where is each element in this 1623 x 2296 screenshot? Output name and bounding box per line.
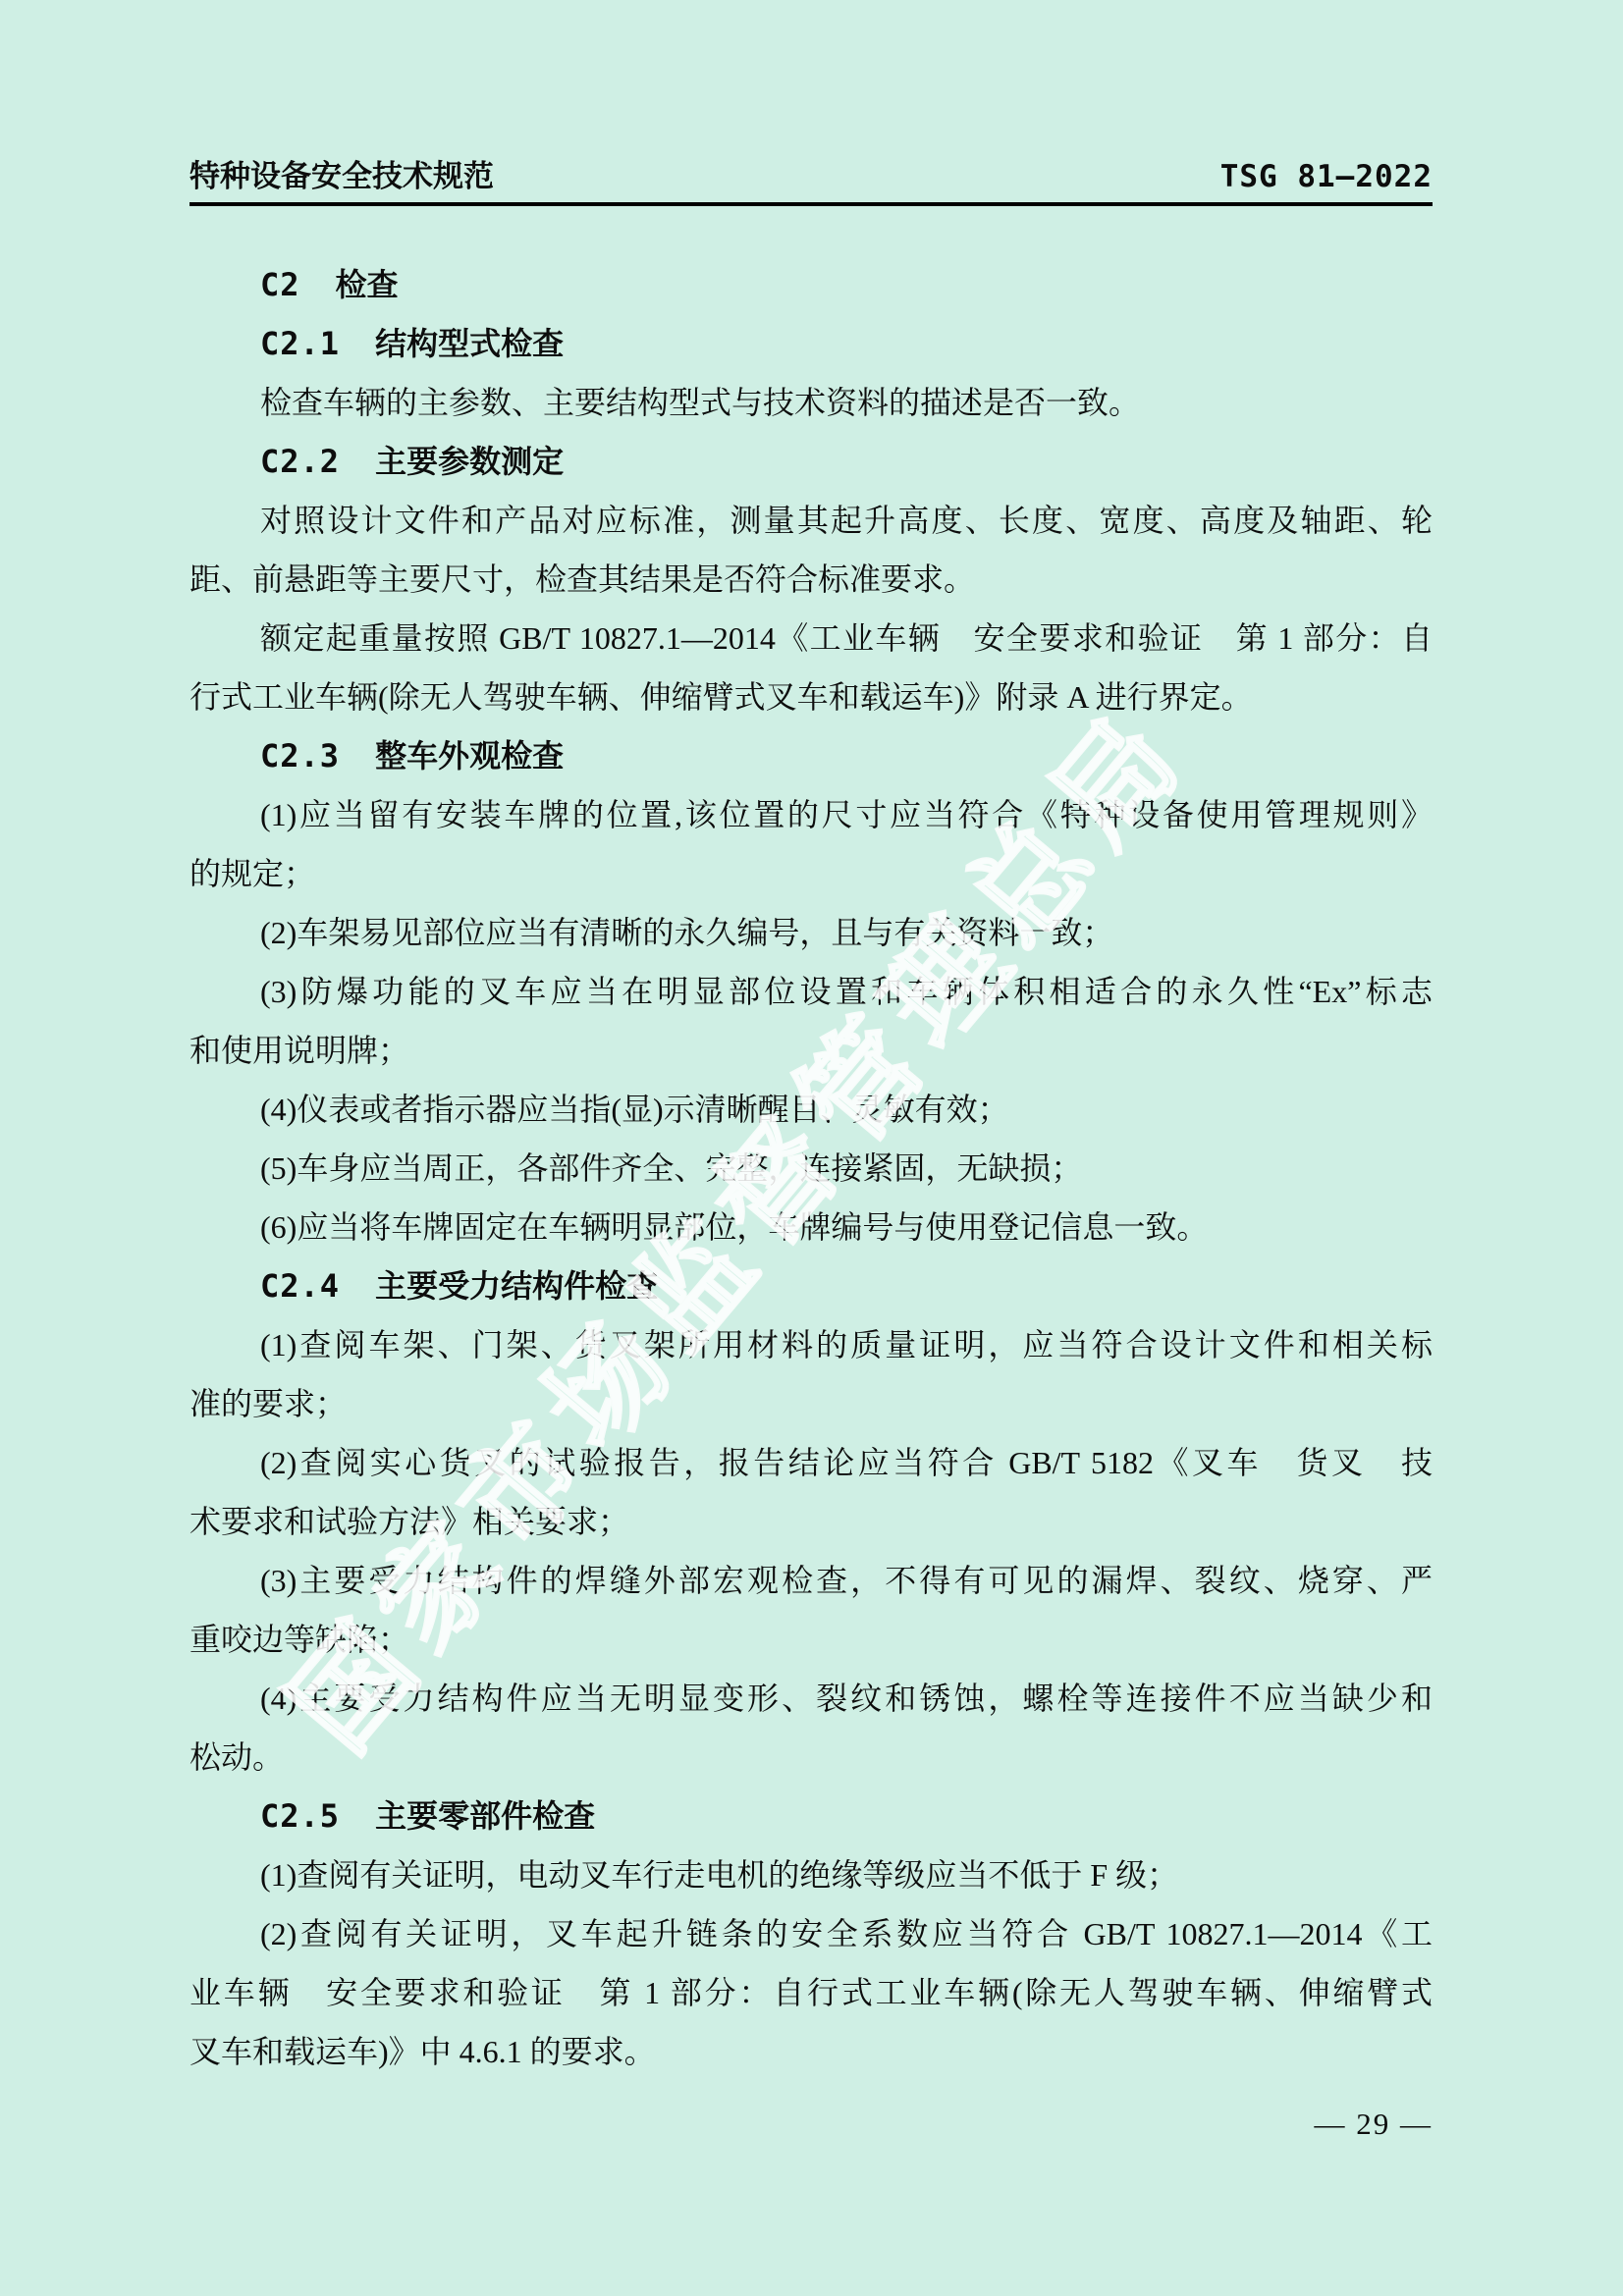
page-number: — 29 —: [1315, 2107, 1434, 2142]
section-heading: C2.2主要参数测定: [189, 432, 1433, 491]
section-heading: C2.1结构型式检查: [189, 314, 1433, 373]
paragraph-line: (2)车架易见部位应当有清晰的永久编号，且与有关资料一致；: [189, 903, 1433, 962]
paragraph-line: (4)仪表或者指示器应当指(显)示清晰醒目、灵敏有效；: [189, 1080, 1433, 1139]
paragraph-line: 和使用说明牌；: [189, 1021, 1433, 1080]
paragraph-line: 的规定；: [189, 844, 1433, 903]
paragraph-line: 额定起重量按照 GB/T 10827.1—2014《工业车辆 安全要求和验证 第…: [189, 609, 1433, 667]
paragraph-line: 准的要求；: [189, 1374, 1433, 1433]
paragraph-line: 检查车辆的主参数、主要结构型式与技术资料的描述是否一致。: [189, 373, 1433, 432]
paragraph-line: 叉车和载运车)》中 4.6.1 的要求。: [189, 2022, 1433, 2081]
heading-title: 主要受力结构件检查: [375, 1268, 658, 1304]
heading-title: 结构型式检查: [375, 326, 564, 361]
section-heading: C2.3整车外观检查: [189, 726, 1433, 785]
heading-number: C2: [260, 266, 300, 303]
section-heading: C2检查: [189, 255, 1433, 314]
heading-title: 主要零部件检查: [375, 1798, 595, 1834]
paragraph-line: 术要求和试验方法》相关要求；: [189, 1492, 1433, 1551]
heading-title: 整车外观检查: [375, 738, 564, 774]
heading-number: C2.2: [260, 443, 340, 480]
header-right-doc-number: TSG 81—2022: [1220, 160, 1433, 193]
paragraph-line: (6)应当将车牌固定在车辆明显部位，车牌编号与使用登记信息一致。: [189, 1198, 1433, 1256]
page-body: 特种设备安全技术规范 TSG 81—2022 C2检查C2.1结构型式检查检查车…: [0, 0, 1623, 2081]
heading-number: C2.1: [260, 325, 340, 362]
content: C2检查C2.1结构型式检查检查车辆的主参数、主要结构型式与技术资料的描述是否一…: [189, 255, 1433, 2081]
paragraph-line: (1)查阅有关证明，电动叉车行走电机的绝缘等级应当不低于 F 级；: [189, 1845, 1433, 1904]
paragraph-line: (2)查阅有关证明，叉车起升链条的安全系数应当符合 GB/T 10827.1—2…: [189, 1904, 1433, 1963]
heading-number: C2.3: [260, 737, 340, 774]
heading-number: C2.5: [260, 1797, 340, 1835]
paragraph-line: 对照设计文件和产品对应标准，测量其起升高度、长度、宽度、高度及轴距、轮: [189, 491, 1433, 550]
paragraph-line: (2)查阅实心货叉的试验报告，报告结论应当符合 GB/T 5182《叉车 货叉 …: [189, 1433, 1433, 1492]
heading-title: 主要参数测定: [375, 444, 564, 479]
paragraph-line: 距、前悬距等主要尺寸，检查其结果是否符合标准要求。: [189, 550, 1433, 609]
heading-number: C2.4: [260, 1267, 340, 1305]
paragraph-line: (5)车身应当周正，各部件齐全、完整，连接紧固，无缺损；: [189, 1139, 1433, 1198]
paragraph-line: (4)主要受力结构件应当无明显变形、裂纹和锈蚀，螺栓等连接件不应当缺少和: [189, 1669, 1433, 1728]
paragraph-line: 业车辆 安全要求和验证 第 1 部分：自行式工业车辆(除无人驾驶车辆、伸缩臂式: [189, 1963, 1433, 2022]
header-left-title: 特种设备安全技术规范: [189, 160, 494, 193]
page-header: 特种设备安全技术规范 TSG 81—2022: [189, 0, 1433, 206]
section-heading: C2.4主要受力结构件检查: [189, 1256, 1433, 1315]
paragraph-line: 重咬边等缺陷；: [189, 1610, 1433, 1669]
document-page: 特种设备安全技术规范 TSG 81—2022 C2检查C2.1结构型式检查检查车…: [0, 0, 1623, 2296]
paragraph-line: 松动。: [189, 1728, 1433, 1787]
paragraph-line: 行式工业车辆(除无人驾驶车辆、伸缩臂式叉车和载运车)》附录 A 进行界定。: [189, 667, 1433, 726]
paragraph-line: (1)应当留有安装车牌的位置,该位置的尺寸应当符合《特种设备使用管理规则》: [189, 785, 1433, 844]
paragraph-line: (3)防爆功能的叉车应当在明显部位设置和车辆体积相适合的永久性“Ex”标志: [189, 962, 1433, 1021]
section-heading: C2.5主要零部件检查: [189, 1787, 1433, 1845]
paragraph-line: (3)主要受力结构件的焊缝外部宏观检查，不得有可见的漏焊、裂纹、烧穿、严: [189, 1551, 1433, 1610]
heading-title: 检查: [336, 267, 399, 302]
paragraph-line: (1)查阅车架、门架、货叉架所用材料的质量证明，应当符合设计文件和相关标: [189, 1315, 1433, 1374]
